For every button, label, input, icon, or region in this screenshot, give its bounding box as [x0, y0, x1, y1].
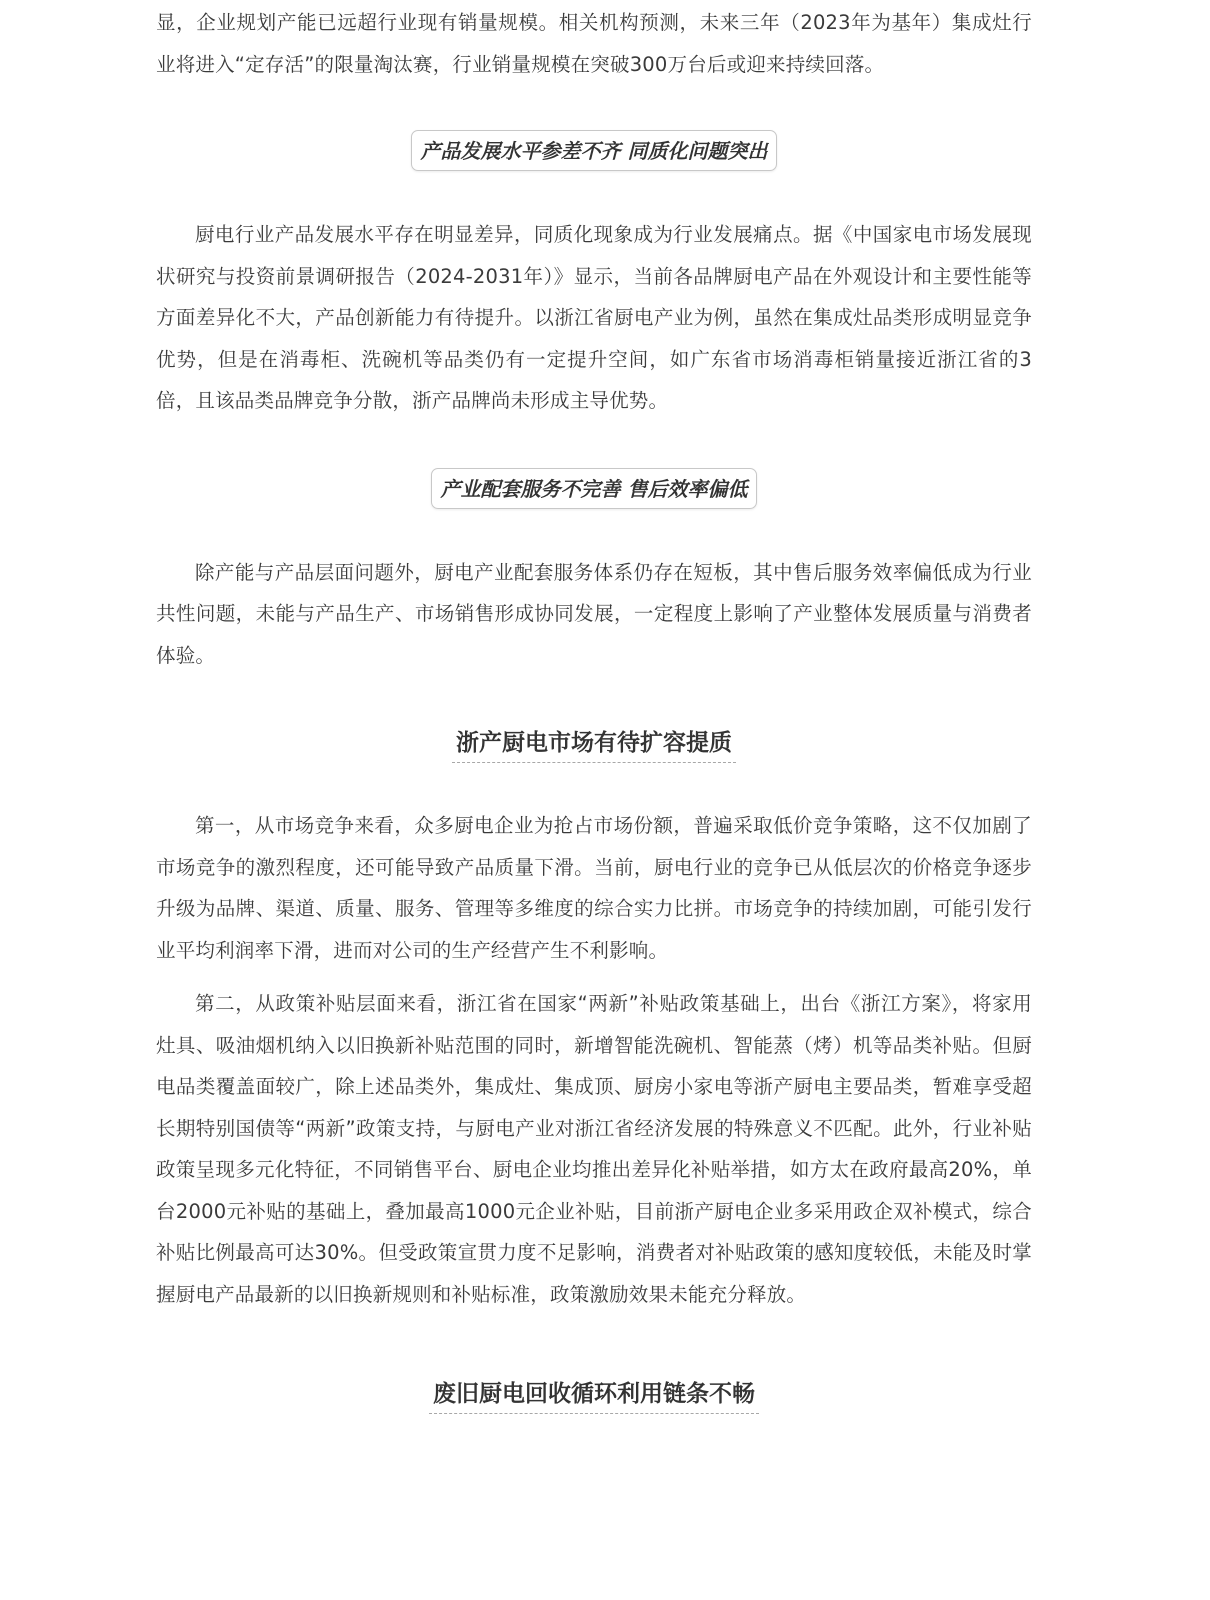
main-heading-market-expansion: 浙产厨电市场有待扩容提质 — [452, 726, 736, 763]
main-heading-recycling-chain: 废旧厨电回收循环利用链条不畅 — [429, 1377, 759, 1414]
intro-paragraph: 显，企业规划产能已远超行业现有销量规模。相关机构预测，未来三年（2023年为基年… — [156, 2, 1032, 85]
section-heading-product-homogeneity: 产品发展水平参差不齐 同质化问题突出 — [411, 130, 778, 171]
paragraph-market-competition: 第一，从市场竞争来看，众多厨电企业为抢占市场份额，普遍采取低价竞争策略，这不仅加… — [156, 805, 1032, 971]
section-heading-wrap: 产品发展水平参差不齐 同质化问题突出 — [156, 130, 1032, 171]
paragraph-policy-subsidy: 第二，从政策补贴层面来看，浙江省在国家“两新”补贴政策基础上，出台《浙江方案》，… — [156, 983, 1032, 1315]
main-heading-wrap: 废旧厨电回收循环利用链条不畅 — [156, 1377, 1032, 1414]
paragraph-after-sales: 除产能与产品层面问题外，厨电产业配套服务体系仍存在短板，其中售后服务效率偏低成为… — [156, 552, 1032, 677]
paragraph-product-homogeneity: 厨电行业产品发展水平存在明显差异，同质化现象成为行业发展痛点。据《中国家电市场发… — [156, 214, 1032, 422]
main-heading-wrap: 浙产厨电市场有待扩容提质 — [156, 726, 1032, 763]
section-heading-wrap: 产业配套服务不完善 售后效率偏低 — [156, 468, 1032, 509]
section-heading-after-sales: 产业配套服务不完善 售后效率偏低 — [431, 468, 758, 509]
article-body: 显，企业规划产能已远超行业现有销量规模。相关机构预测，未来三年（2023年为基年… — [156, 0, 1032, 1414]
